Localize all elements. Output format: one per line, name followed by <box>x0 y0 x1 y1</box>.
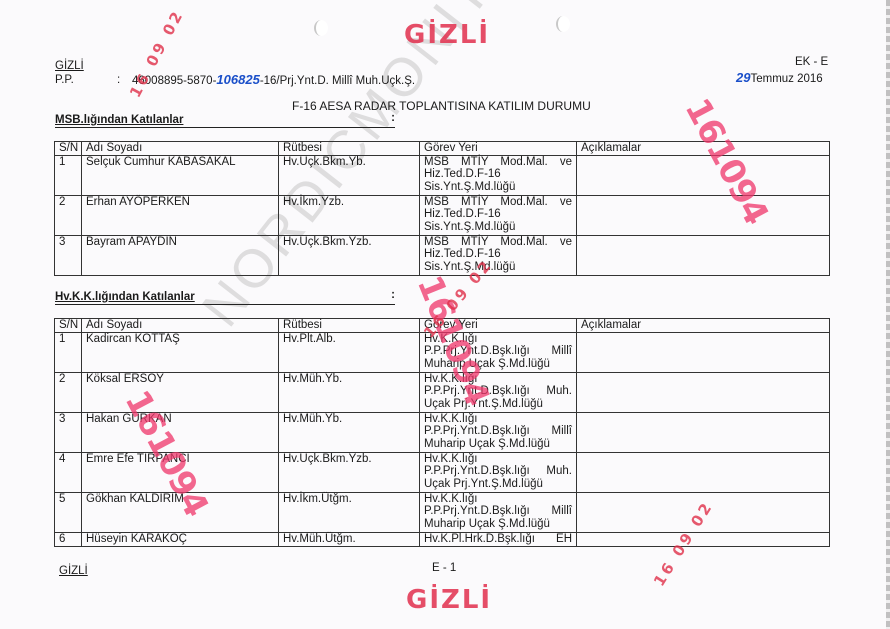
classification-bottom: GİZLİ <box>59 565 88 577</box>
cell-rank: Hv.Müh.Yb. <box>279 412 420 452</box>
cell-notes <box>577 532 830 546</box>
cell-rank: Hv.Uçk.Bkm.Yb. <box>279 155 420 195</box>
cell-sn: 3 <box>55 235 82 275</box>
cell-name: Bayram APAYDIN <box>82 235 279 275</box>
col-header-duty: Görev Yeri <box>420 142 577 156</box>
cell-name: Erhan AYÖPERKEN <box>82 195 279 235</box>
table-row: 2 Köksal ERSOY Hv.Müh.Yb. Hv.K.K.lığı P.… <box>55 372 830 412</box>
classification-top: GİZLİ <box>55 60 84 72</box>
stamp-gizli-top: GİZLİ <box>404 20 490 50</box>
table-row: 2 Erhan AYÖPERKEN Hv.İkm.Yzb. MSB MTİY M… <box>55 195 830 235</box>
col-header-notes: Açıklamalar <box>577 319 830 333</box>
col-header-sn: S/N <box>55 319 82 333</box>
col-header-sn: S/N <box>55 142 82 156</box>
date-day-handwritten: 29 <box>736 70 750 85</box>
cell-sn: 5 <box>55 492 82 532</box>
section-colon: : <box>391 112 395 124</box>
cell-rank: Hv.Uçk.Bkm.Yzb. <box>279 235 420 275</box>
cell-notes <box>577 372 830 412</box>
pp-label: P.P. <box>55 74 74 86</box>
section-heading-hvkk: Hv.K.K.lığından Katılanlar : <box>55 291 395 305</box>
table-row: 6 Hüseyin KARAKOÇ Hv.Müh.Ütğm. Hv.K.Pl.H… <box>55 532 830 546</box>
reference-handwritten: 106825 <box>216 72 259 87</box>
cell-sn: 1 <box>55 332 82 372</box>
stamp-gizli-bottom: GİZLİ <box>406 585 492 615</box>
cell-notes <box>577 452 830 492</box>
cell-duty: MSB MTİY Mod.Mal. ve Hiz.Ted.D.F-16 Sis.… <box>420 155 577 195</box>
annex-label: EK - E <box>795 56 828 68</box>
cell-duty: Hv.K.K.lığı P.P.Prj.Ynt.D.Bşk.lığı Muh. … <box>420 452 577 492</box>
cell-sn: 6 <box>55 532 82 546</box>
col-header-rank: Rütbesi <box>279 319 420 333</box>
cell-duty: Hv.K.K.lığı P.P.Prj.Ynt.D.Bşk.lığı Millî… <box>420 492 577 532</box>
punch-hole <box>556 16 570 32</box>
table-row: 3 Bayram APAYDIN Hv.Uçk.Bkm.Yzb. MSB MTİ… <box>55 235 830 275</box>
reference-number: 46008895-5870-106825-16/Prj.Ynt.D. Millî… <box>132 72 415 87</box>
cell-duty: Hv.K.Pl.Hrk.D.Bşk.lığı EH <box>420 532 577 546</box>
col-header-name: Adı Soyadı <box>82 319 279 333</box>
cell-notes <box>577 195 830 235</box>
cell-sn: 2 <box>55 195 82 235</box>
col-header-name: Adı Soyadı <box>82 142 279 156</box>
cell-name: Köksal ERSOY <box>82 372 279 412</box>
pp-colon: : <box>117 74 120 86</box>
cell-rank: Hv.İkm.Yzb. <box>279 195 420 235</box>
cell-notes <box>577 332 830 372</box>
cell-duty: MSB MTİY Mod.Mal. ve Hiz.Ted.D.F-16 Sis.… <box>420 195 577 235</box>
cell-sn: 4 <box>55 452 82 492</box>
punch-hole <box>314 20 328 36</box>
date-text: Temmuz 2016 <box>750 73 822 85</box>
scanned-page-edge <box>886 0 890 629</box>
section-heading-msb: MSB.lığından Katılanlar : <box>55 114 395 128</box>
page-number: E - 1 <box>432 562 456 574</box>
cell-sn: 1 <box>55 155 82 195</box>
reference-suffix: -16/Prj.Ynt.D. Millî Muh.Uçk.Ş. <box>260 75 415 87</box>
cell-rank: Hv.Uçk.Bkm.Yzb. <box>279 452 420 492</box>
cell-name: Hüseyin KARAKOÇ <box>82 532 279 546</box>
cell-duty: MSB MTİY Mod.Mal. ve Hiz.Ted.D.F-16 Sis.… <box>420 235 577 275</box>
cell-duty: Hv.K.K.lığı P.P.Prj.Ynt.D.Bşk.lığı Millî… <box>420 412 577 452</box>
col-header-rank: Rütbesi <box>279 142 420 156</box>
cell-notes <box>577 412 830 452</box>
section-heading-text: MSB.lığından Katılanlar <box>55 114 183 126</box>
cell-rank: Hv.Plt.Alb. <box>279 332 420 372</box>
document-date: 29Temmuz 2016 <box>736 70 823 85</box>
cell-name: Kadircan KOTTAŞ <box>82 332 279 372</box>
cell-sn: 2 <box>55 372 82 412</box>
cell-rank: Hv.Müh.Yb. <box>279 372 420 412</box>
cell-duty: Hv.K.K.lığı P.P.Prj.Ynt.D.Bşk.lığı Muh. … <box>420 372 577 412</box>
cell-sn: 3 <box>55 412 82 452</box>
section-heading-text: Hv.K.K.lığından Katılanlar <box>55 291 195 303</box>
cell-rank: Hv.İkm.Ütğm. <box>279 492 420 532</box>
cell-rank: Hv.Müh.Ütğm. <box>279 532 420 546</box>
cell-name: Selçuk Cumhur KABASAKAL <box>82 155 279 195</box>
document-title: F-16 AESA RADAR TOPLANTISINA KATILIM DUR… <box>292 99 591 113</box>
cell-notes <box>577 235 830 275</box>
section-colon: : <box>391 289 395 301</box>
